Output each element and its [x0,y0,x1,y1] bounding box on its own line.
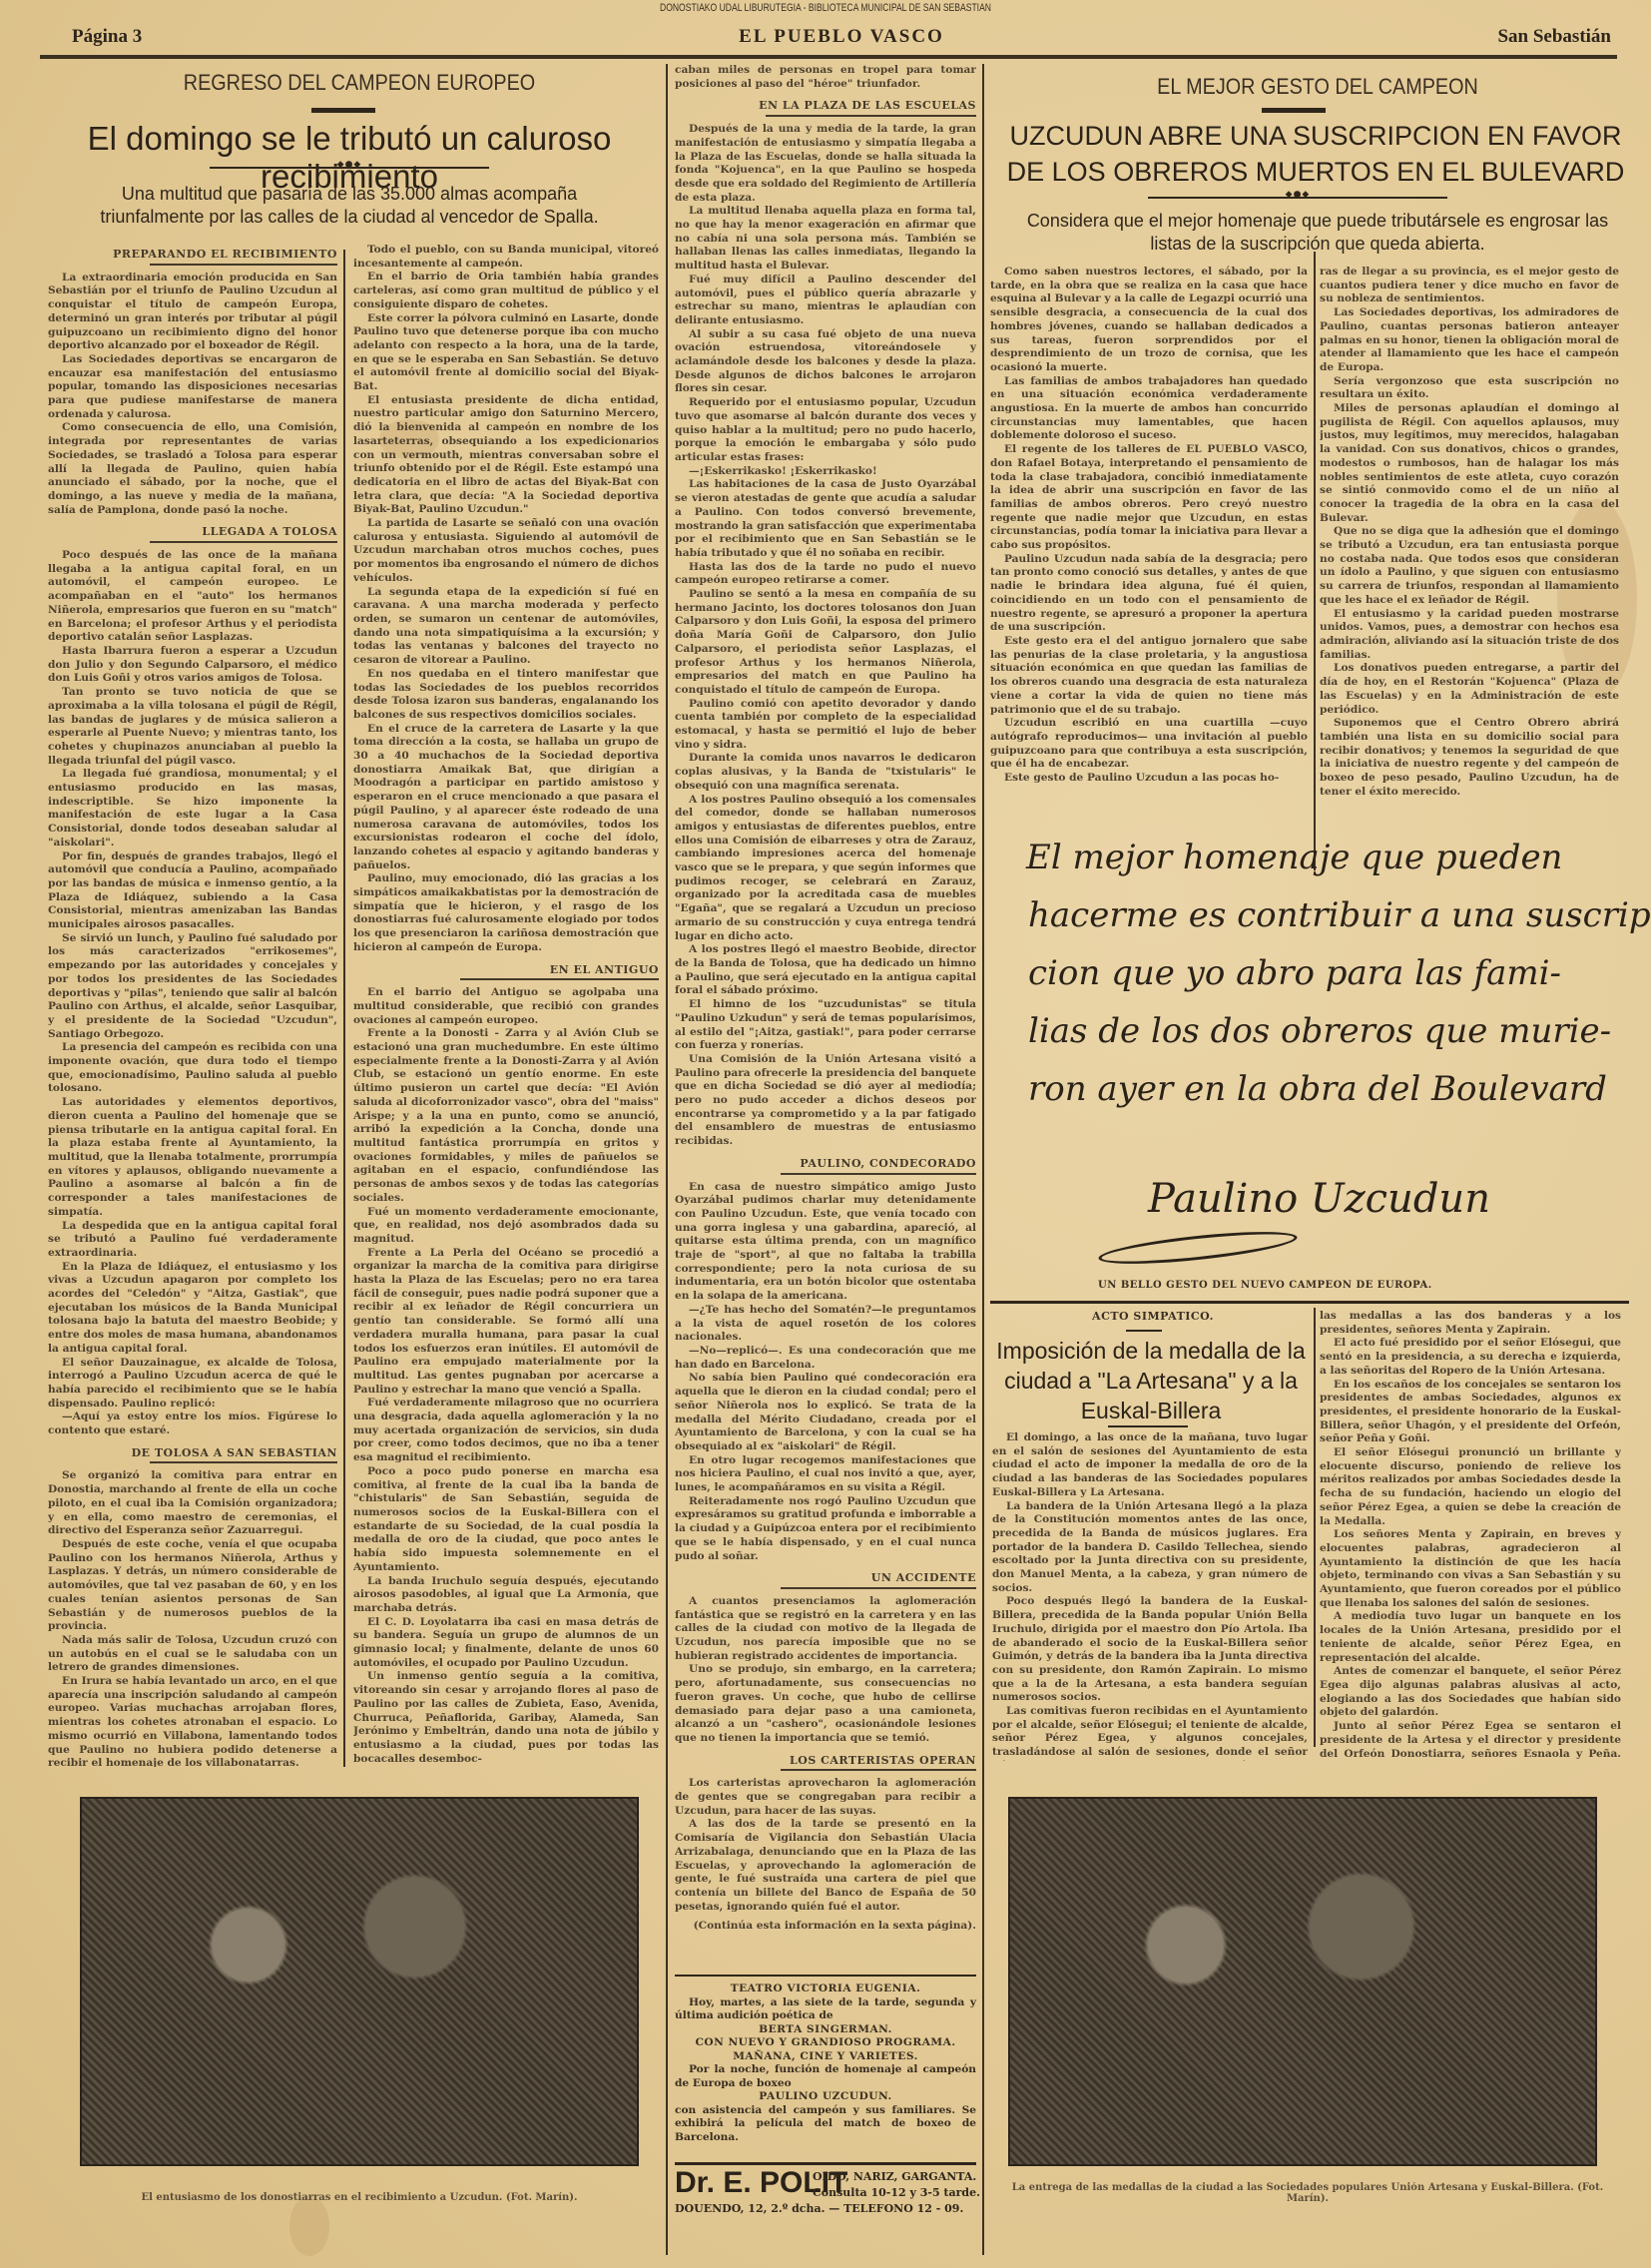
paragraph: Las Sociedades deportivas, los admirador… [1320,306,1619,375]
paragraph: La banda Iruchulo seguía después, ejecut… [353,1575,659,1616]
section-heading: LOS CARTERISTAS OPERAN [675,1754,976,1768]
paragraph: La despedida que en la antigua capital f… [48,1220,337,1261]
ceremony-photo [1008,1797,1597,2166]
signature-flourish [1097,1226,1298,1271]
section-rule [460,978,659,980]
article-column: PREPARANDO EL RECIBIMIENTO La extraordin… [48,240,337,1767]
section-heading: DE TOLOSA A SAN SEBASTIAN [48,1446,337,1460]
archive-stamp: DONOSTIAKO UDAL LIBURUTEGIA - BIBLIOTECA… [182,2,1469,14]
photo-caption: La entrega de las medallas de la ciudad … [998,2182,1617,2204]
article-column: caban miles de personas en tropel para t… [675,64,976,1973]
section-heading: LLEGADA A TOLOSA [48,525,337,539]
paragraph: En el barrio de Oria también había grand… [353,271,659,311]
section-rule [150,541,338,543]
paragraph: Paulino Uzcudun nada sabía de la desgrac… [990,553,1308,635]
paragraph: El señor Elósegui pronunció un brillante… [1320,1446,1621,1528]
paragraph: Las Sociedades deportivas se encargaron … [48,353,337,422]
paragraph: La partida de Lasarte se señaló con una … [353,517,659,586]
article-deck: Considera que el mejor homenaje que pued… [1018,210,1617,255]
paragraph: El C. D. Loyolatarra iba casi en masa de… [353,1616,659,1671]
paragraph: Poco después llegó la bandera de la Eusk… [992,1595,1308,1705]
paragraph: Las comitivas fueron recibidas en el Ayu… [992,1705,1308,1761]
paragraph: Los carteristas aprovecharon la aglomera… [675,1777,976,1818]
newspaper-page: DONOSTIAKO UDAL LIBURUTEGIA - BIBLIOTECA… [0,0,1651,2268]
ornament-divider [1148,197,1447,199]
doctor-specialty: OIDO, NARIZ, GARGANTA. [813,2170,976,2183]
paragraph: Que no se diga que la adhesión que el do… [1320,525,1619,607]
honoree-name: PAULINO UZCUDUN. [675,2090,976,2104]
paragraph: El regente de los talleres de EL PUEBLO … [990,443,1308,553]
paragraph: Las habitaciones de la casa de Justo Oya… [675,478,976,560]
ad-text: Por la noche, función de homenaje al cam… [675,2063,976,2090]
paragraph: El domingo, a las once de la mañana, tuv… [992,1431,1308,1500]
paragraph: Este gesto de Paulino Uzcudun a las poca… [990,772,1308,786]
column-divider [343,250,345,1767]
paragraph: El acto fué presidido por el señor Elóse… [1320,1337,1621,1378]
paragraph: A mediodía tuvo lugar un banquete en los… [1320,1610,1621,1665]
masthead: Página 3 EL PUEBLO VASCO San Sebastián [72,26,1611,52]
paragraph: Al subir a su casa fué objeto de una nue… [675,328,976,397]
paragraph: —No—replicó—. Es una condecoración que m… [675,1345,976,1372]
paragraph: caban miles de personas en tropel para t… [675,64,976,91]
paragraph: Todo el pueblo, con su Banda municipal, … [353,244,659,271]
paragraph: En el barrio del Antiguo se agolpaba una… [353,986,659,1027]
paragraph: Miles de personas aplaudían el domingo a… [1320,402,1619,525]
article-headline: Imposición de la medalla de la ciudad a … [994,1336,1308,1425]
paragraph: La multitud llenaba aquella plaza en for… [675,205,976,274]
article-column: Como saben nuestros lectores, el sábado,… [990,266,1308,825]
section-heading: EN LA PLAZA DE LAS ESCUELAS [675,99,976,113]
paragraph: En la Plaza de Idiáquez, el entusiasmo y… [48,1261,337,1357]
paragraph: A las dos de la tarde se presentó en la … [675,1818,976,1914]
city-label: San Sebastián [1497,26,1611,48]
paragraph: Junto al señor Pérez Egea se sentaron el… [1320,1720,1621,1761]
paragraph: Paulino comió con apetito devorador y da… [675,698,976,753]
paragraph: El señor Dauzainague, ex alcalde de Tolo… [48,1357,337,1412]
paragraph: Después de la una y media de la tarde, l… [675,123,976,205]
article-deck: Una multitud que pasaría de las 35.000 a… [70,183,629,228]
paragraph: La bandera de la Unión Artesana llegó a … [992,1500,1308,1596]
doctor-ad: Dr. E. POLIT OIDO, NARIZ, GARGANTA. Cons… [675,2166,976,2216]
continued-note: (Continúa esta información en la sexta p… [675,1920,976,1934]
paragraph: Reiteradamente nos rogó Paulino Uzcudun … [675,1495,976,1564]
autograph-line: ron ayer en la obra del Boulevard [1008,1060,1627,1118]
masthead-rule [40,55,1617,59]
paragraph: Poco a poco pudo ponerse en marcha esa c… [353,1465,659,1575]
paragraph: Una Comisión de la Unión Artesana visitó… [675,1053,976,1149]
paragraph: La presencia del campeón es recibida con… [48,1041,337,1096]
performer-name: BERTA SINGERMAN. [675,2023,976,2037]
article-headline: UZCUDUN ABRE UNA SUSCRIPCION EN FAVOR DE… [984,118,1647,190]
paragraph: En nos quedaba en el tintero manifestar … [353,668,659,723]
paragraph: El entusiasmo y la caridad pueden mostra… [1320,608,1619,663]
column-divider [666,64,668,2255]
paragraph: Los donativos pueden entregarse, a parti… [1320,662,1619,717]
paragraph: En otro lugar recogemos manifestaciones … [675,1454,976,1495]
paragraph: La extraordinaria emoción producida en S… [48,272,337,353]
tomorrow-note: MAÑANA, CINE Y VARIETES. [675,2050,976,2064]
paragraph: Como saben nuestros lectores, el sábado,… [990,266,1308,375]
article-column: Todo el pueblo, con su Banda municipal, … [353,244,659,1767]
article-column: ras de llegar a su provincia, es el mejo… [1320,266,1619,825]
paragraph: Uno se produjo, sin embargo, en la carre… [675,1663,976,1745]
paragraph: Fué verdaderamente milagroso que no ocur… [353,1397,659,1465]
heading-divider [1108,1425,1188,1427]
paragraph: Requerido por el entusiasmo popular, Uzc… [675,396,976,465]
handwritten-autograph: El mejor homenaje que pueden hacerme es … [1008,829,1627,1118]
headline-line: UZCUDUN ABRE UNA SUSCRIPCION EN FAVOR [984,118,1647,154]
crowd-photo [80,1797,639,2166]
theatre-name: TEATRO VICTORIA EUGENIA. [675,1983,976,1996]
paragraph: El himno de los "uzcudunistas" se titula… [675,998,976,1053]
paragraph: Los señores Menta y Zapirain, en breves … [1320,1528,1621,1610]
article-kicker: REGRESO DEL CAMPEON EUROPEO [90,70,629,96]
doctor-hours: Consulta 10-12 y 3-5 tarde. [813,2186,980,2199]
column-divider [982,64,984,2255]
paragraph: Este gesto era el del antiguo jornalero … [990,635,1308,717]
section-rule [990,1301,1629,1304]
paragraph: Frente a La Perla del Océano se procedió… [353,1247,659,1398]
paragraph: Frente a la Donosti - Zarra y al Avión C… [353,1027,659,1205]
paragraph: Uzcudun escribió en una cuartilla —cuyo … [990,717,1308,772]
section-heading: PREPARANDO EL RECIBIMIENTO [48,248,337,262]
paragraph: Se sirvió un lunch, y Paulino fué saluda… [48,932,337,1042]
newspaper-title: EL PUEBLO VASCO [739,26,944,48]
paragraph: Las autoridades y elementos deportivos, … [48,1096,337,1219]
paragraph: ras de llegar a su provincia, es el mejo… [1320,266,1619,306]
column-divider [1314,1308,1316,1747]
autograph-line: hacerme es contribuir a una suscrip- [1008,886,1627,944]
article-kicker: ACTO SIMPATICO. [998,1310,1308,1323]
paragraph: En casa de nuestro simpático amigo Justo… [675,1181,976,1304]
paragraph: Paulino, muy emocionado, dió las gracias… [353,872,659,954]
paragraph: Un inmenso gentío seguía a la comitiva, … [353,1670,659,1766]
program-note: CON NUEVO Y GRANDIOSO PROGRAMA. [675,2036,976,2050]
signature: Paulino Uzcudun [1148,1176,1490,1222]
paragraph: —¿Te has hecho del Somatén?—le preguntam… [675,1304,976,1345]
paragraph: Durante la comida unos navarros le dedic… [675,752,976,793]
section-rule [766,115,976,117]
autograph-line: lias de los dos obreros que murie- [1008,1002,1627,1060]
article-column: El domingo, a las once de la mañana, tuv… [992,1431,1308,1761]
paragraph: las medallas a las dos banderas y a los … [1320,1310,1621,1337]
paragraph: Sería vergonzoso que esta suscripción no… [1320,375,1619,402]
page-number: Página 3 [72,26,142,48]
paragraph: Hasta Ibarrura fueron a esperar a Uzcudu… [48,645,337,686]
article-column: las medallas a las dos banderas y a los … [1320,1310,1621,1761]
paragraph: La llegada fué grandiosa, monumental; y … [48,768,337,850]
paragraph: Después de este coche, venía el que ocup… [48,1538,337,1634]
doctor-address: DOUENDO, 12, 2.º dcha. — TELEFONO 12 - 0… [675,2202,963,2215]
paragraph: El entusiasta presidente de dicha entida… [353,394,659,517]
section-heading: PAULINO, CONDECORADO [675,1157,976,1171]
paragraph: Tan pronto se tuvo noticia de que se apr… [48,686,337,768]
section-rule [781,1769,976,1771]
paragraph: En los escaños de los concejales se sent… [1320,1379,1621,1447]
paragraph: Como consecuencia de ello, una Comisión,… [48,421,337,517]
ad-text: Hoy, martes, a las siete de la tarde, se… [675,1996,976,2023]
section-rule [150,264,338,266]
paragraph: En el cruce de la carretera de Lasarte y… [353,723,659,873]
paragraph: —Aquí ya estoy entre los míos. Figúrese … [48,1411,337,1437]
paragraph: Nada más salir de Tolosa, Uzcudun cruzó … [48,1634,337,1675]
paragraph: Se organizó la comitiva para entrar en D… [48,1469,337,1538]
article-kicker: EL MEJOR GESTO DEL CAMPEON [1021,74,1614,100]
paragraph: Este correr la pólvora culminó en Lasart… [353,312,659,394]
paragraph: La segunda etapa de la expedición sí fué… [353,586,659,668]
paragraph: Por fin, después de grandes trabajos, ll… [48,850,337,932]
paragraph: Suponemos que el Centro Obrero abrirá ta… [1320,717,1619,799]
heading-divider [311,108,375,113]
paragraph: Fué un momento verdaderamente emocionant… [353,1206,659,1247]
column-divider [1314,252,1316,870]
section-rule [781,1587,976,1589]
theatre-ad: TEATRO VICTORIA EUGENIA. Hoy, martes, a … [675,1983,976,2144]
heading-divider [1126,1330,1162,1332]
paragraph: Hasta las dos de la tarde no pudo el nue… [675,561,976,588]
section-heading: UN ACCIDENTE [675,1571,976,1585]
paragraph: A los postres Paulino obsequió a los com… [675,794,976,944]
headline-line: DE LOS OBREROS MUERTOS EN EL BULEVARD [984,154,1647,190]
section-heading: EN EL ANTIGUO [353,963,659,977]
ornament-divider [210,167,489,169]
ad-text: con asistencia del campeón y sus familia… [675,2104,976,2145]
paragraph: Fué muy difícil a Paulino descender del … [675,274,976,328]
autograph-line: El mejor homenaje que pueden [1008,829,1627,886]
section-rule [781,1173,976,1175]
paragraph: Antes de comenzar el banquete, el señor … [1320,1665,1621,1720]
paragraph: A los postres llegó el maestro Beobide, … [675,943,976,998]
ad-rule [675,1975,976,1977]
paragraph: A cuantos presenciamos la aglomeración f… [675,1595,976,1664]
photo-caption: El entusiasmo de los donostiarras en el … [60,2192,659,2203]
paragraph: Paulino se sentó a la mesa en compañía d… [675,588,976,698]
paragraph: Poco después de las once de la mañana ll… [48,549,337,645]
autograph-caption: UN BELLO GESTO DEL NUEVO CAMPEON DE EURO… [1098,1280,1432,1291]
paragraph: Las familias de ambos trabajadores han q… [990,375,1308,444]
paragraph: En Irura se había levantado un arco, en … [48,1675,337,1767]
paper-stain [289,2196,329,2256]
ad-rule [675,2162,976,2165]
paragraph: —¡Eskerrikasko! ¡Eskerrikasko! [675,465,976,479]
section-rule [150,1461,338,1463]
autograph-line: cion que yo abro para las fami- [1008,944,1627,1002]
heading-divider [1262,108,1326,113]
paragraph: No sabía bien Paulino qué condecoración … [675,1372,976,1453]
